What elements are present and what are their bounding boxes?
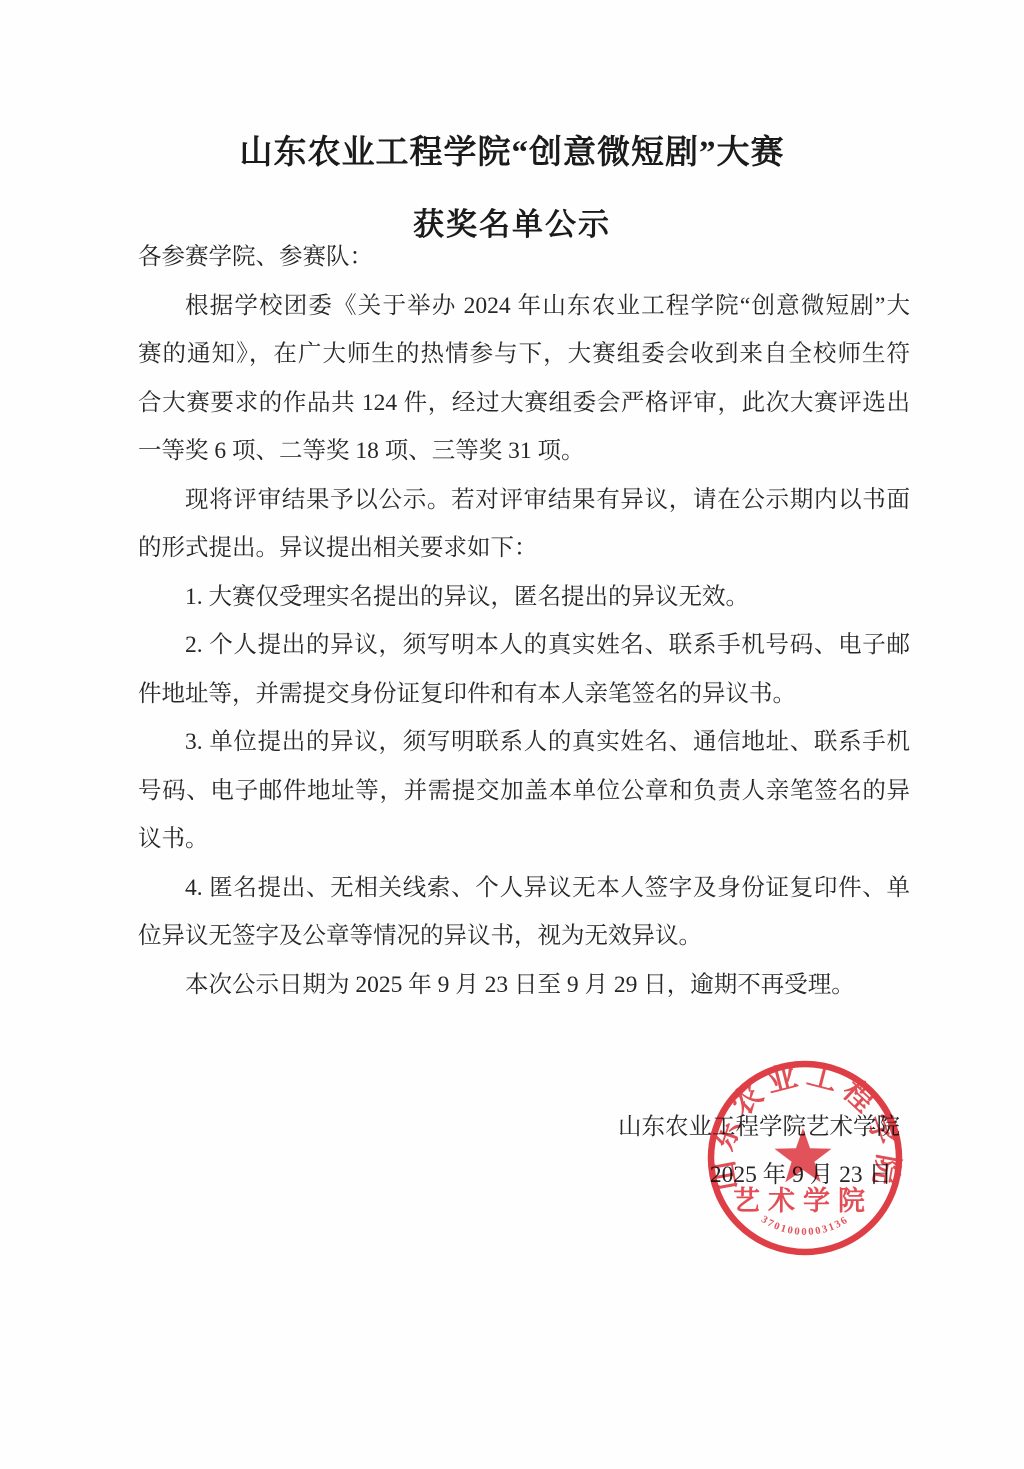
body-line: 3. 单位提出的异议，须写明联系人的真实姓名、通信地址、联系手机 <box>138 718 910 767</box>
body-line: 一等奖 6 项、二等奖 18 项、三等奖 31 项。 <box>138 427 910 476</box>
body-line: 的形式提出。异议提出相关要求如下： <box>138 524 910 573</box>
body-line: 本次公示日期为 2025 年 9 月 23 日至 9 月 29 日，逾期不再受理… <box>138 961 910 1010</box>
body-line: 号码、电子邮件地址等，并需提交加盖本单位公章和负责人亲笔签名的异 <box>138 767 910 816</box>
body-line: 1. 大赛仅受理实名提出的异议，匿名提出的异议无效。 <box>138 573 910 622</box>
body-line: 4. 匿名提出、无相关线索、个人异议无本人签字及身份证复印件、单 <box>138 864 910 913</box>
body-line: 根据学校团委《关于举办 2024 年山东农业工程学院“创意微短剧”大 <box>138 282 910 331</box>
official-seal: 山东农业工程学院 艺术学院 3701000003136 <box>705 1058 905 1258</box>
seal-inner-text: 艺术学院 <box>733 1186 873 1216</box>
seal-serial-number: 3701000003136 <box>759 1214 851 1238</box>
document-page: 山东农业工程学院“创意微短剧”大赛 获奖名单公示 各参赛学院、参赛队： 根据学校… <box>0 0 1024 1469</box>
seal-star-icon <box>774 1128 831 1182</box>
body-line: 合大赛要求的作品共 124 件，经过大赛组委会严格评审，此次大赛评选出 <box>138 379 910 428</box>
document-body: 各参赛学院、参赛队： 根据学校团委《关于举办 2024 年山东农业工程学院“创意… <box>138 233 910 1009</box>
body-line: 位异议无签字及公章等情况的异议书，视为无效异议。 <box>138 912 910 961</box>
document-title: 山东农业工程学院“创意微短剧”大赛 <box>0 126 1024 173</box>
salutation: 各参赛学院、参赛队： <box>138 233 910 282</box>
body-line: 现将评审结果予以公示。若对评审结果有异议，请在公示期内以书面 <box>138 476 910 525</box>
body-line: 赛的通知》，在广大师生的热情参与下，大赛组委会收到来自全校师生符 <box>138 330 910 379</box>
body-line: 件地址等，并需提交身份证复印件和有本人亲笔签名的异议书。 <box>138 670 910 719</box>
body-line: 议书。 <box>138 815 910 864</box>
seal-arc-text: 山东农业工程学院 <box>705 1058 904 1193</box>
body-line: 2. 个人提出的异议，须写明本人的真实姓名、联系手机号码、电子邮 <box>138 621 910 670</box>
